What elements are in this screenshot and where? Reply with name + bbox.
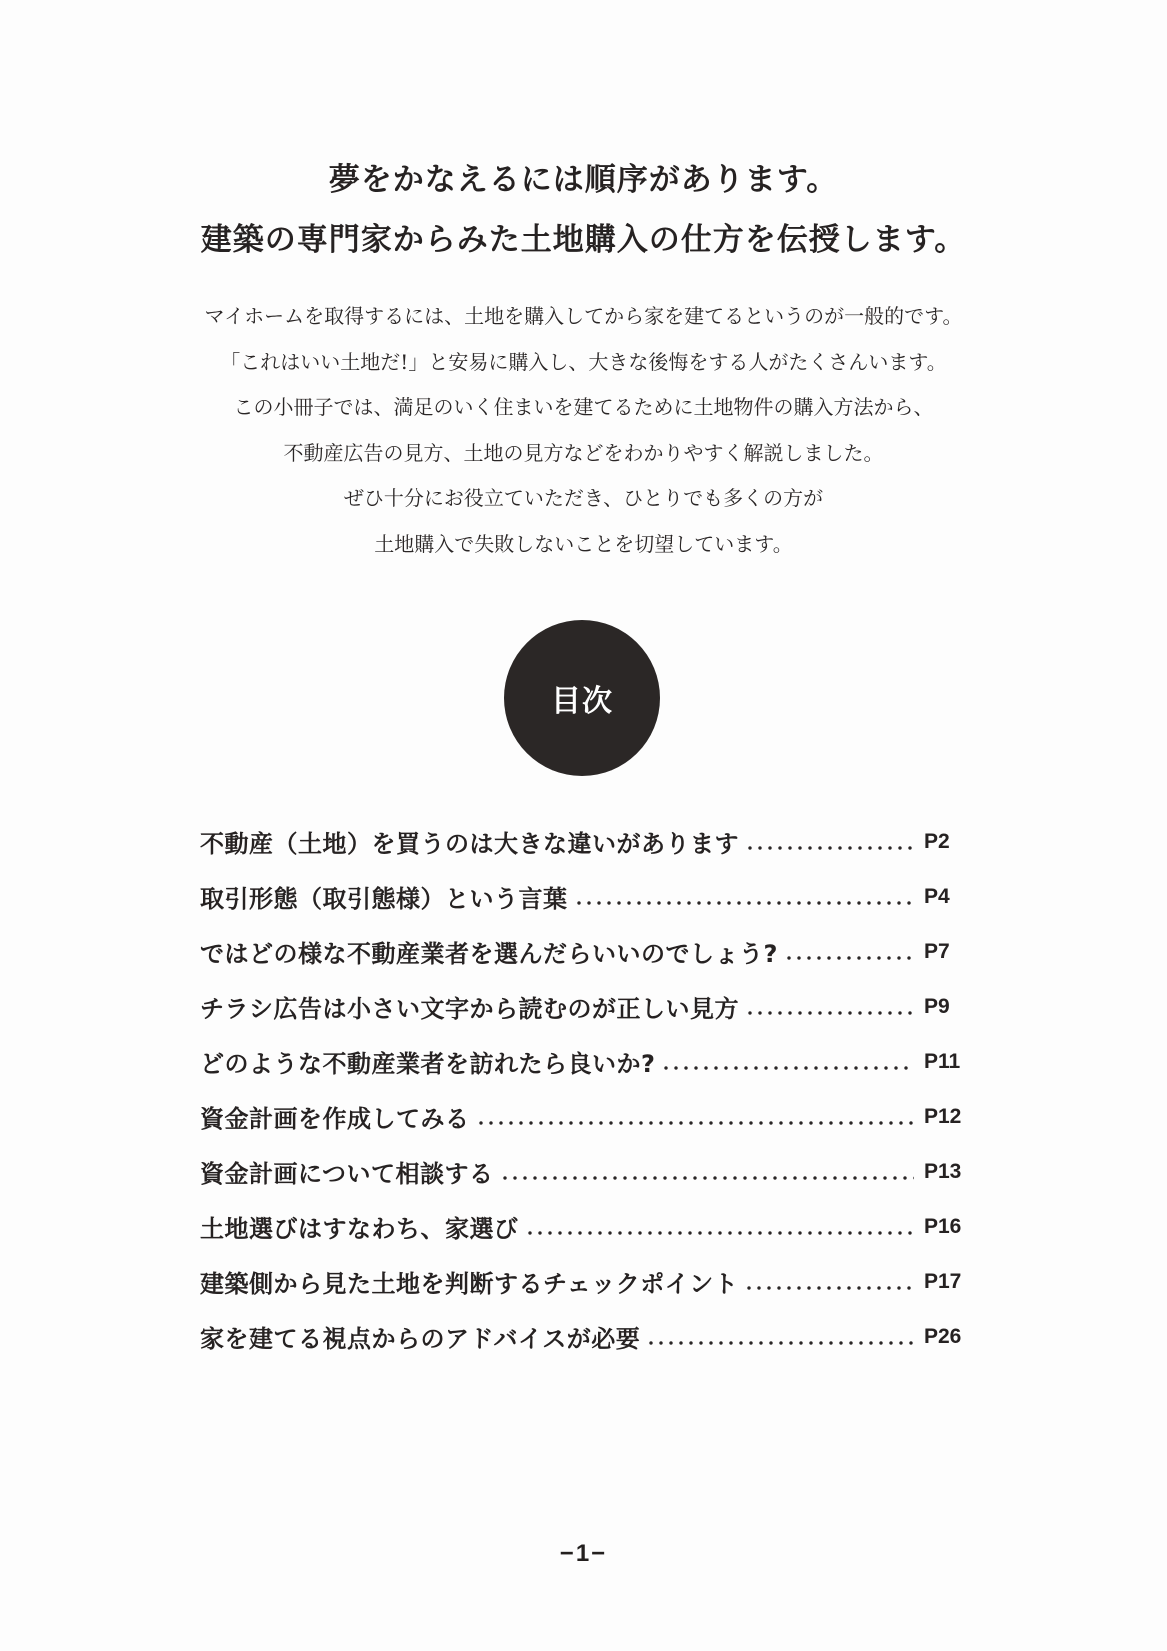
toc-entry[interactable]: 資金計画について相談する P13 [200,1144,970,1199]
toc-entry-title: 資金計画を作成してみる [200,1099,470,1134]
toc-entry-page: P12 [924,1105,970,1129]
intro-line: ぜひ十分にお役立ていただき、ひとりでも多くの方が [0,478,1167,524]
intro-paragraph: マイホームを取得するには、土地を購入してから家を建てるというのが一般的です。 「… [0,296,1167,570]
dot-leader [745,846,914,850]
dot-leader [574,901,915,905]
toc-entry-title: 建築側から見た土地を判断するチェックポイント [200,1264,738,1299]
toc-entry-page: P16 [924,1215,970,1239]
headline-line-2: 建築の専門家からみた土地購入の仕方を伝授します。 [0,220,1167,260]
toc-entry-page: P7 [924,940,970,964]
toc-entry[interactable]: チラシ広告は小さい文字から読むのが正しい見方 P9 [200,979,970,1034]
toc-entry-page: P2 [924,830,970,854]
toc-entry[interactable]: 土地選びはすなわち、家選び P16 [200,1199,970,1254]
toc-entry-page: P11 [924,1050,970,1074]
toc-entry-title: ではどの様な不動産業者を選んだらいいのでしょう? [200,934,778,969]
intro-line: この小冊子では、満足のいく住まいを建てるために土地物件の購入方法から、 [0,387,1167,433]
intro-line: 土地購入で失敗しないことを切望しています。 [0,524,1167,570]
dot-leader [646,1341,914,1345]
toc-entry-page: P13 [924,1160,970,1184]
toc-entry-title: 不動産（土地）を買うのは大きな違いがあります [200,824,739,859]
toc-entry-page: P9 [924,995,970,1019]
toc-entry[interactable]: 取引形態（取引態様）という言葉 P4 [200,869,970,924]
toc-entry[interactable]: どのような不動産業者を訪れたら良いか? P11 [200,1034,970,1089]
dot-leader [784,956,914,960]
headline-line-1: 夢をかなえるには順序があります。 [0,160,1167,200]
page-number: −1− [0,1540,1167,1568]
toc-badge: 目次 [504,620,660,776]
toc-entry-page: P26 [924,1325,970,1349]
toc-entry[interactable]: ではどの様な不動産業者を選んだらいいのでしょう? P7 [200,924,970,979]
toc-entry-title: 家を建てる視点からのアドバイスが必要 [200,1319,640,1354]
toc-entry[interactable]: 家を建てる視点からのアドバイスが必要 P26 [200,1309,970,1364]
toc-entry[interactable]: 不動産（土地）を買うのは大きな違いがあります P2 [200,814,970,869]
document-page: 夢をかなえるには順序があります。 建築の専門家からみた土地購入の仕方を伝授します… [0,0,1167,1651]
table-of-contents: 不動産（土地）を買うのは大きな違いがあります P2 取引形態（取引態様）という言… [200,814,970,1364]
toc-entry-title: 資金計画について相談する [200,1154,494,1189]
toc-entry[interactable]: 資金計画を作成してみる P12 [200,1089,970,1144]
intro-line: マイホームを取得するには、土地を購入してから家を建てるというのが一般的です。 [0,296,1167,342]
toc-heading: 目次 [551,676,613,720]
dot-leader [744,1286,914,1290]
toc-entry-page: P17 [924,1270,970,1294]
dot-leader [476,1121,915,1125]
toc-entry-title: 土地選びはすなわち、家選び [200,1209,519,1244]
intro-line: 「これはいい土地だ!」と安易に購入し、大きな後悔をする人がたくさんいます。 [0,342,1167,388]
dot-leader [525,1231,915,1235]
toc-entry-page: P4 [924,885,970,909]
intro-line: 不動産広告の見方、土地の見方などをわかりやすく解説しました。 [0,433,1167,479]
toc-entry-title: チラシ広告は小さい文字から読むのが正しい見方 [200,989,739,1024]
toc-entry-title: 取引形態（取引態様）という言葉 [200,879,568,914]
dot-leader [745,1011,914,1015]
toc-entry-title: どのような不動産業者を訪れたら良いか? [200,1044,655,1079]
dot-leader [661,1066,914,1070]
dot-leader [500,1176,914,1180]
toc-entry[interactable]: 建築側から見た土地を判断するチェックポイント P17 [200,1254,970,1309]
